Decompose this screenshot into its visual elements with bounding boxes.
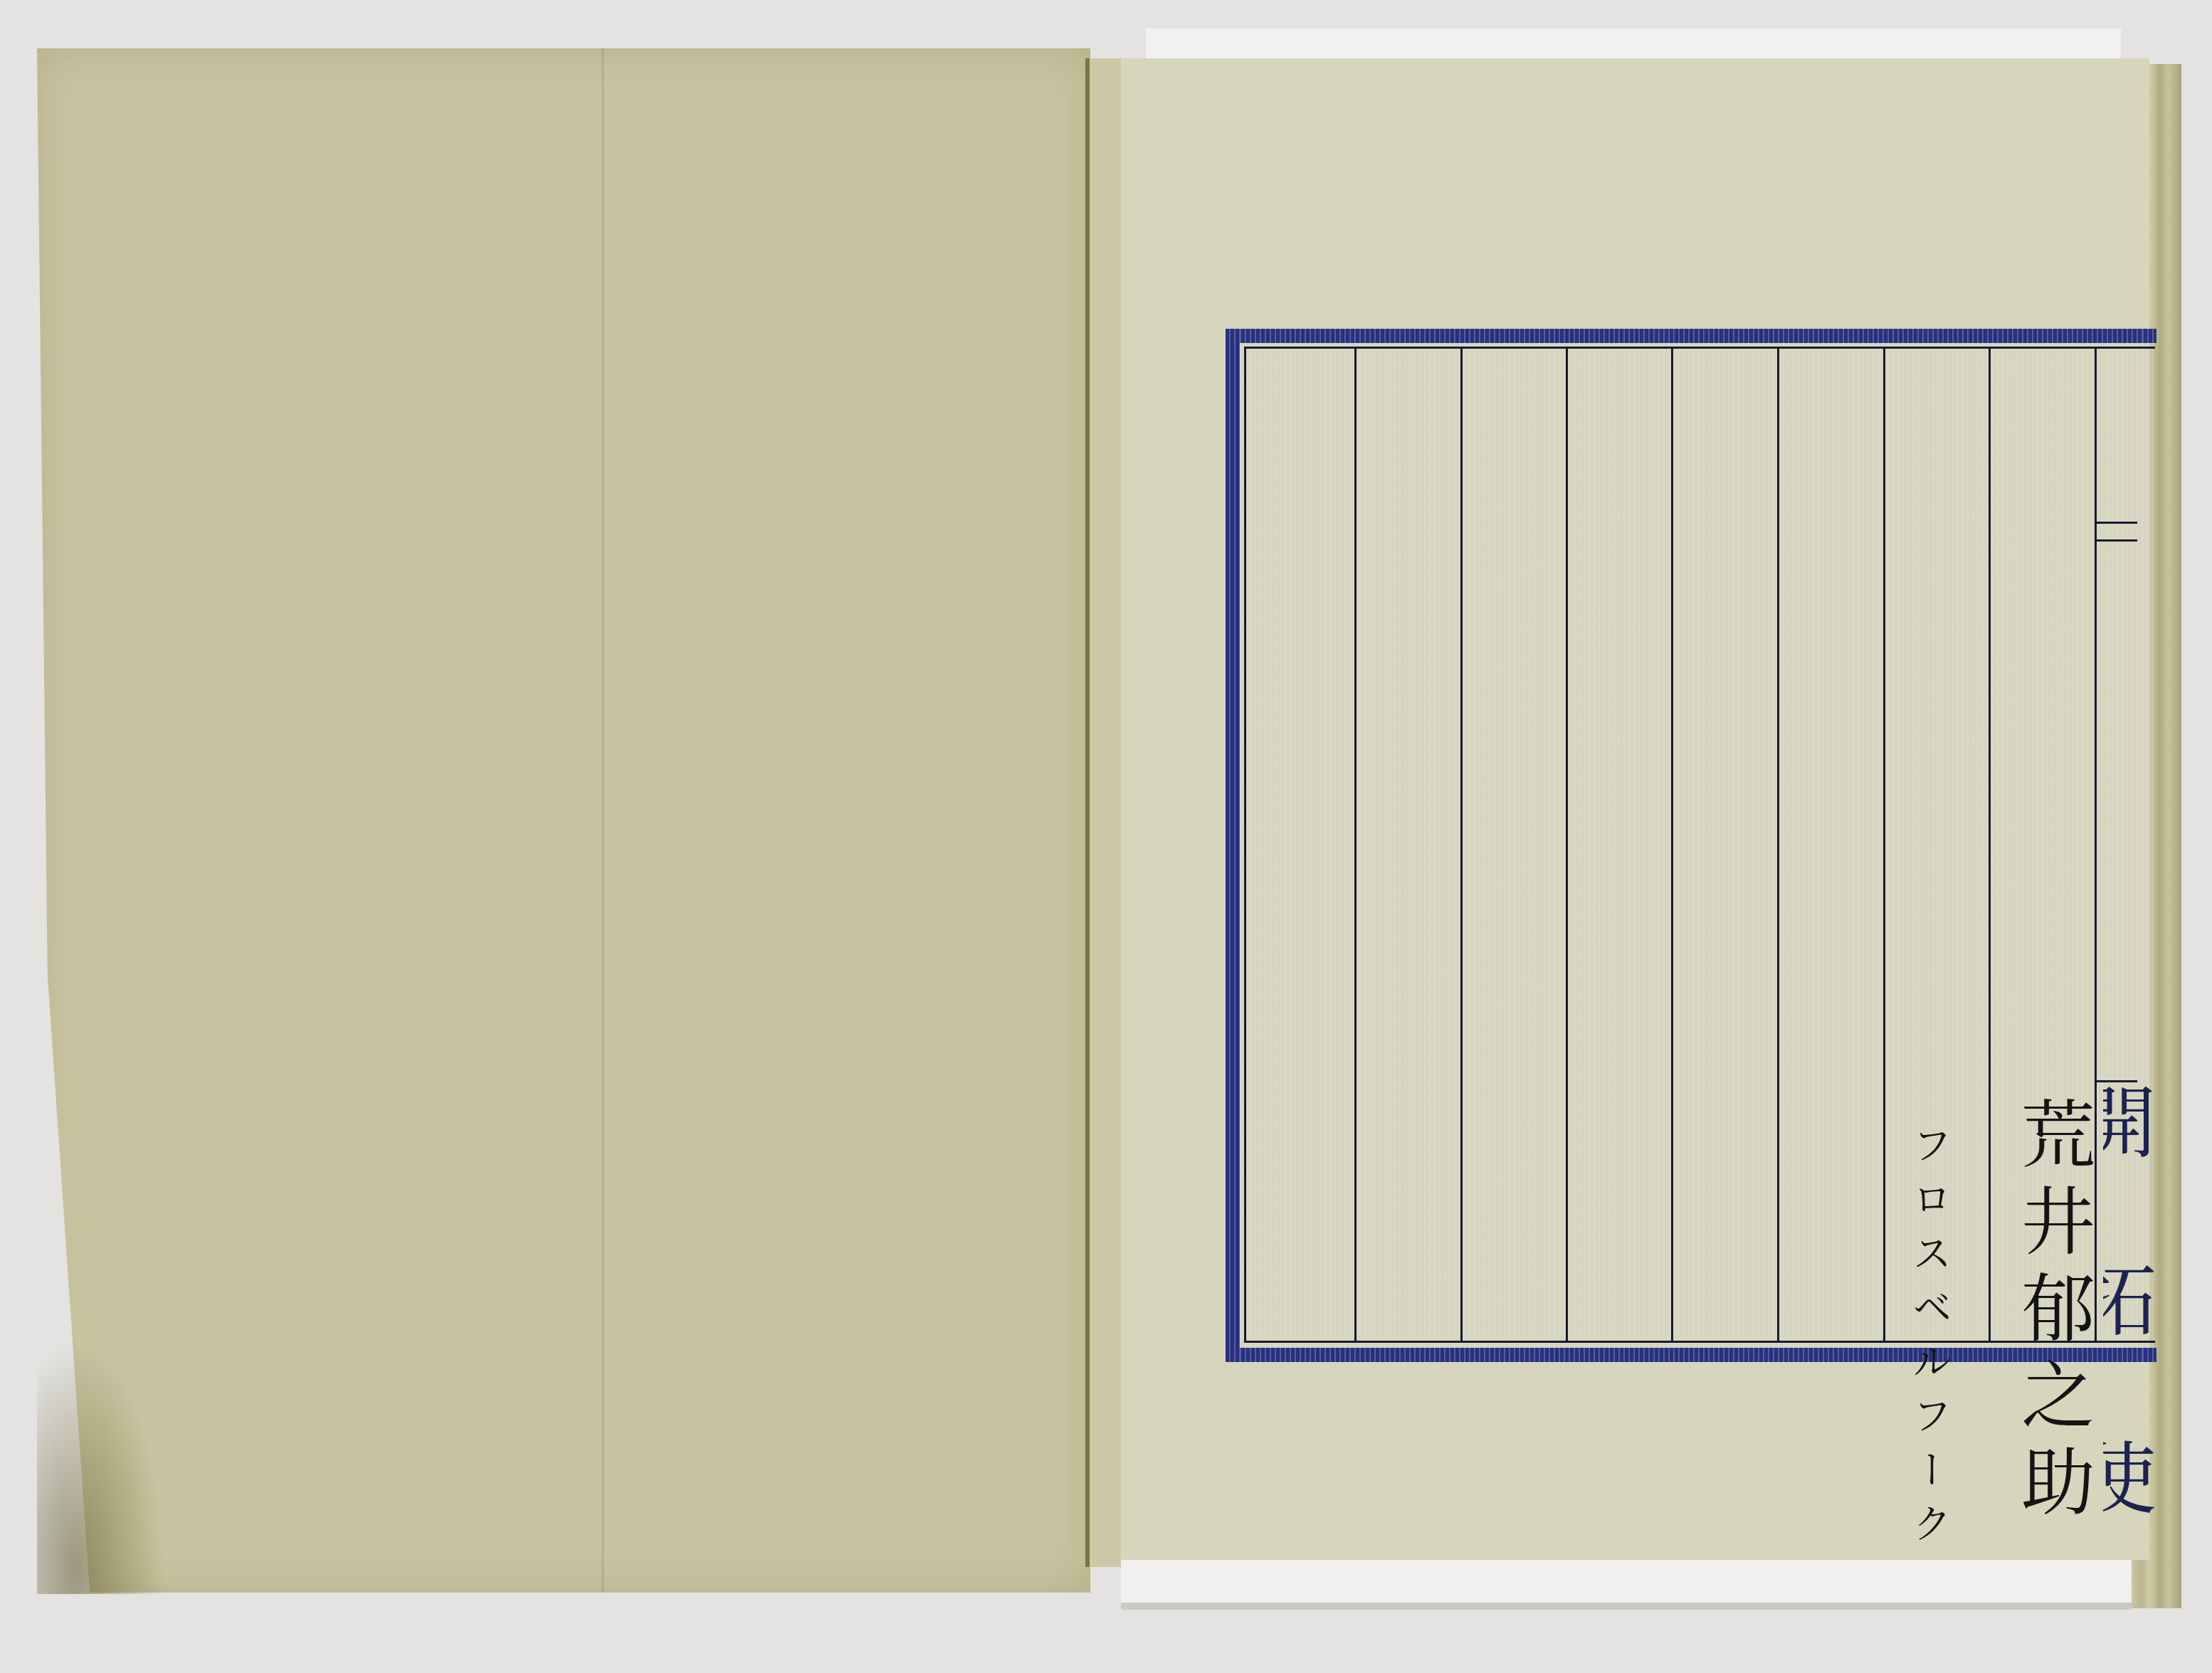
left-page-fold bbox=[601, 48, 604, 1593]
column-rule bbox=[1354, 347, 1357, 1343]
left-page-stain bbox=[37, 1338, 165, 1594]
column-rule bbox=[1460, 347, 1463, 1343]
spine-strip bbox=[1085, 58, 1121, 1567]
column-rule bbox=[1777, 347, 1779, 1343]
katakana-name-handwritten: フロスベルフーク bbox=[1900, 1124, 1957, 1557]
author-name-handwritten: 荒井郁之助 bbox=[1998, 1096, 2105, 1530]
column-rule bbox=[1989, 347, 1991, 1343]
left-page-blank bbox=[37, 48, 1090, 1593]
column-rule bbox=[1883, 347, 1885, 1343]
spine-crease bbox=[1085, 58, 1090, 1567]
column-rule bbox=[1566, 347, 1568, 1343]
printed-title-partial: 開拓使 bbox=[2103, 1082, 2167, 1615]
backing-sheet-bottom bbox=[1121, 1560, 2132, 1610]
column-rule bbox=[1671, 347, 1673, 1343]
header-rule bbox=[2095, 539, 2137, 542]
backing-sheet-top bbox=[1146, 28, 2121, 62]
header-rule bbox=[2095, 522, 2137, 524]
